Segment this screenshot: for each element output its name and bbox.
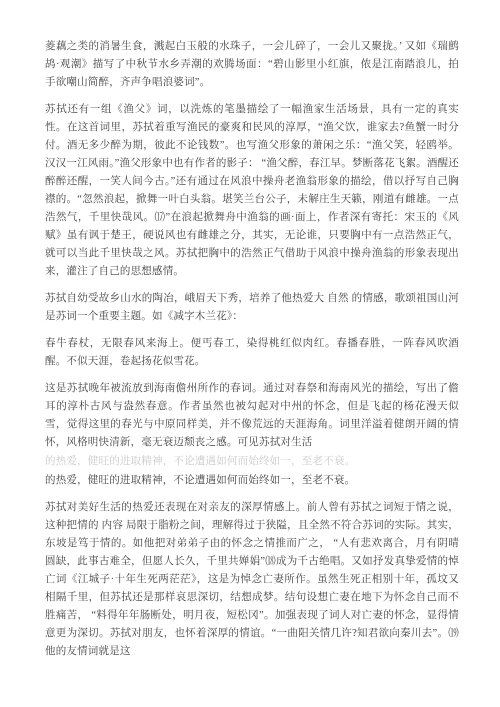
paragraph-love-of-life: 的热爱，健旺的进取精神，不论遭遇如何而始终如一，至老不衰。 <box>45 472 459 490</box>
paragraph-hometown-nature: 苏拭自幼受故乡山水的陶冶，峨眉天下秀，培养了他热爱大 自然 的情感，歌颂祖国山河… <box>45 290 459 326</box>
paragraph-fisherman-ci: 苏拭还有一组《渔父》词，以洗炼的笔墨描绘了一幅渔家生活场景，具有一定的真实性。在… <box>45 101 459 281</box>
ghost-line: 的热爱，健旺的进取精神，不论遭遇如何而始终如一，至老不衰。 <box>45 453 459 471</box>
document-body: 菱藕之类的消暑生食，溅起白玉般的水珠子，一会儿碎了，一会儿又聚拢。’ 又如《瑞鹧… <box>45 38 459 670</box>
paragraph-hainan-spring: 这是苏拭晚年被流放到海南儋州所作的春词。通过对春祭和海南风光的描绘，写出了儋耳的… <box>45 380 459 452</box>
paragraph-family-friendship: 苏拭对美好生活的热爱还表现在对亲友的深厚情感上。前人曾有苏拭之词短于情之说，这种… <box>45 499 459 661</box>
paragraph-observing-tide: 菱藕之类的消暑生食，溅起白玉般的水珠子，一会儿碎了，一会儿又聚拢。’ 又如《瑞鹧… <box>45 38 459 92</box>
document-page: 菱藕之类的消暑生食，溅起白玉般的水珠子，一会儿碎了，一会儿又聚拢。’ 又如《瑞鹧… <box>0 0 500 707</box>
paragraph-spring-poem: 春牛春杖，无限春风来海上。便丐春工，染得桃红似肉红。春播春胜，一阵春风吹酒醒。不… <box>45 335 459 371</box>
